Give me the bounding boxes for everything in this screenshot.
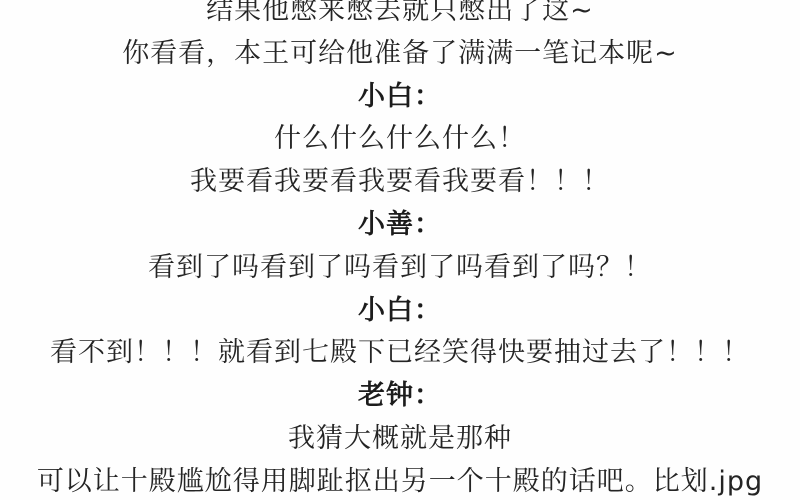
dialogue-line: 可以让十殿尴尬得用脚趾抠出另一个十殿的话吧。比划.jpg — [0, 461, 800, 500]
speaker-label: 老钟： — [0, 375, 800, 418]
dialogue-line: 我要看我要看我要看我要看！！！ — [0, 161, 800, 204]
speaker-label: 小白： — [0, 76, 800, 119]
dialogue-line: 什么什么什么什么！ — [0, 118, 800, 161]
speaker-label: 小白： — [0, 290, 800, 333]
dialogue-line: 看不到！！！就看到七殿下已经笑得快要抽过去了！！！ — [0, 332, 800, 375]
dialogue-transcript: 结果他憋来憋去就只憋出了这~ 你看看，本王可给他准备了满满一笔记本呢~ 小白： … — [0, 0, 800, 500]
dialogue-line: 看到了吗看到了吗看到了吗看到了吗？！ — [0, 247, 800, 290]
speaker-label: 小善： — [0, 204, 800, 247]
dialogue-line: 你看看，本王可给他准备了满满一笔记本呢~ — [0, 33, 800, 76]
dialogue-line: 我猜大概就是那种 — [0, 418, 800, 461]
dialogue-line: 结果他憋来憋去就只憋出了这~ — [0, 0, 800, 33]
